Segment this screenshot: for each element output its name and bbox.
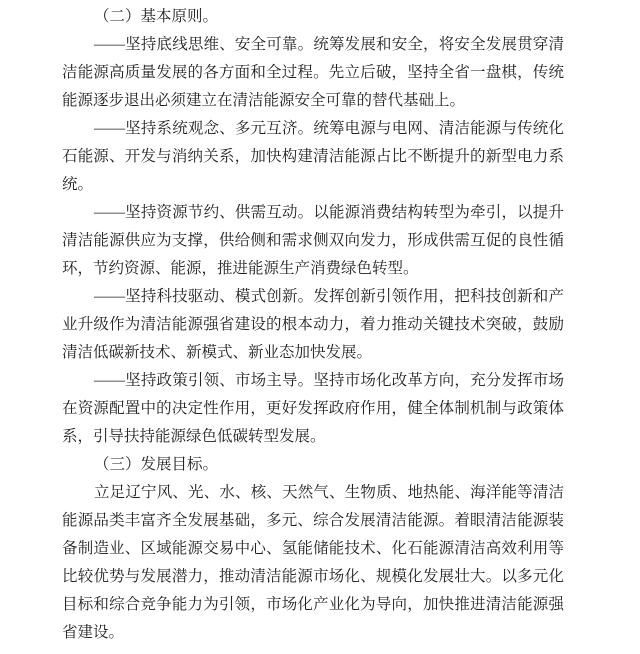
document-line: 洁能源高质量发展的各方面和全过程。先立后破，坚持全省一盘棋，传统 (62, 59, 564, 87)
document-line: 目标和综合竞争能力为引领，市场化产业化为导向，加快推进清洁能源强 (62, 591, 564, 619)
document-line: 环，节约资源、能源，推进能源生产消费绿色转型。 (62, 255, 564, 283)
document-text: （二）基本原则。——坚持底线思维、安全可靠。统筹发展和安全，将安全发展贯穿清洁能… (62, 3, 564, 647)
document-line: 能源逐步退出必须建立在清洁能源安全可靠的替代基础上。 (62, 87, 564, 115)
section-heading-line: （二）基本原则。 (62, 3, 564, 31)
document-line: 业升级作为清洁能源强省建设的根本动力，着力推动关键技术突破，鼓励 (62, 311, 564, 339)
document-line: 比较优势与发展潜力，推动清洁能源市场化、规模化发展壮大。以多元化 (62, 563, 564, 591)
document-line: 清洁低碳新技术、新模式、新业态加快发展。 (62, 339, 564, 367)
document-line: 清洁能源供应为支撑，供给侧和需求侧双向发力，形成供需互促的良性循 (62, 227, 564, 255)
document-line: 省建设。 (62, 619, 564, 647)
document-line: ——坚持底线思维、安全可靠。统筹发展和安全，将安全发展贯穿清 (62, 31, 564, 59)
document-line: ——坚持政策引领、市场主导。坚持市场化改革方向，充分发挥市场 (62, 367, 564, 395)
document-page: （二）基本原则。——坚持底线思维、安全可靠。统筹发展和安全，将安全发展贯穿清洁能… (0, 0, 640, 654)
document-line: 系，引导扶持能源绿色低碳转型发展。 (62, 423, 564, 451)
document-line: 备制造业、区域能源交易中心、氢能储能技术、化石能源清洁高效利用等 (62, 535, 564, 563)
section-heading-line: （三）发展目标。 (62, 451, 564, 479)
document-line: 在资源配置中的决定性作用，更好发挥政府作用，健全体制机制与政策体 (62, 395, 564, 423)
document-line: 石能源、开发与消纳关系，加快构建清洁能源占比不断提升的新型电力系 (62, 143, 564, 171)
document-line: 统。 (62, 171, 564, 199)
document-line: ——坚持系统观念、多元互济。统筹电源与电网、清洁能源与传统化 (62, 115, 564, 143)
document-line: 能源品类丰富齐全发展基础，多元、综合发展清洁能源。着眼清洁能源装 (62, 507, 564, 535)
document-line: ——坚持资源节约、供需互动。以能源消费结构转型为牵引，以提升 (62, 199, 564, 227)
document-line: 立足辽宁风、光、水、核、天然气、生物质、地热能、海洋能等清洁 (62, 479, 564, 507)
document-line: ——坚持科技驱动、模式创新。发挥创新引领作用，把科技创新和产 (62, 283, 564, 311)
